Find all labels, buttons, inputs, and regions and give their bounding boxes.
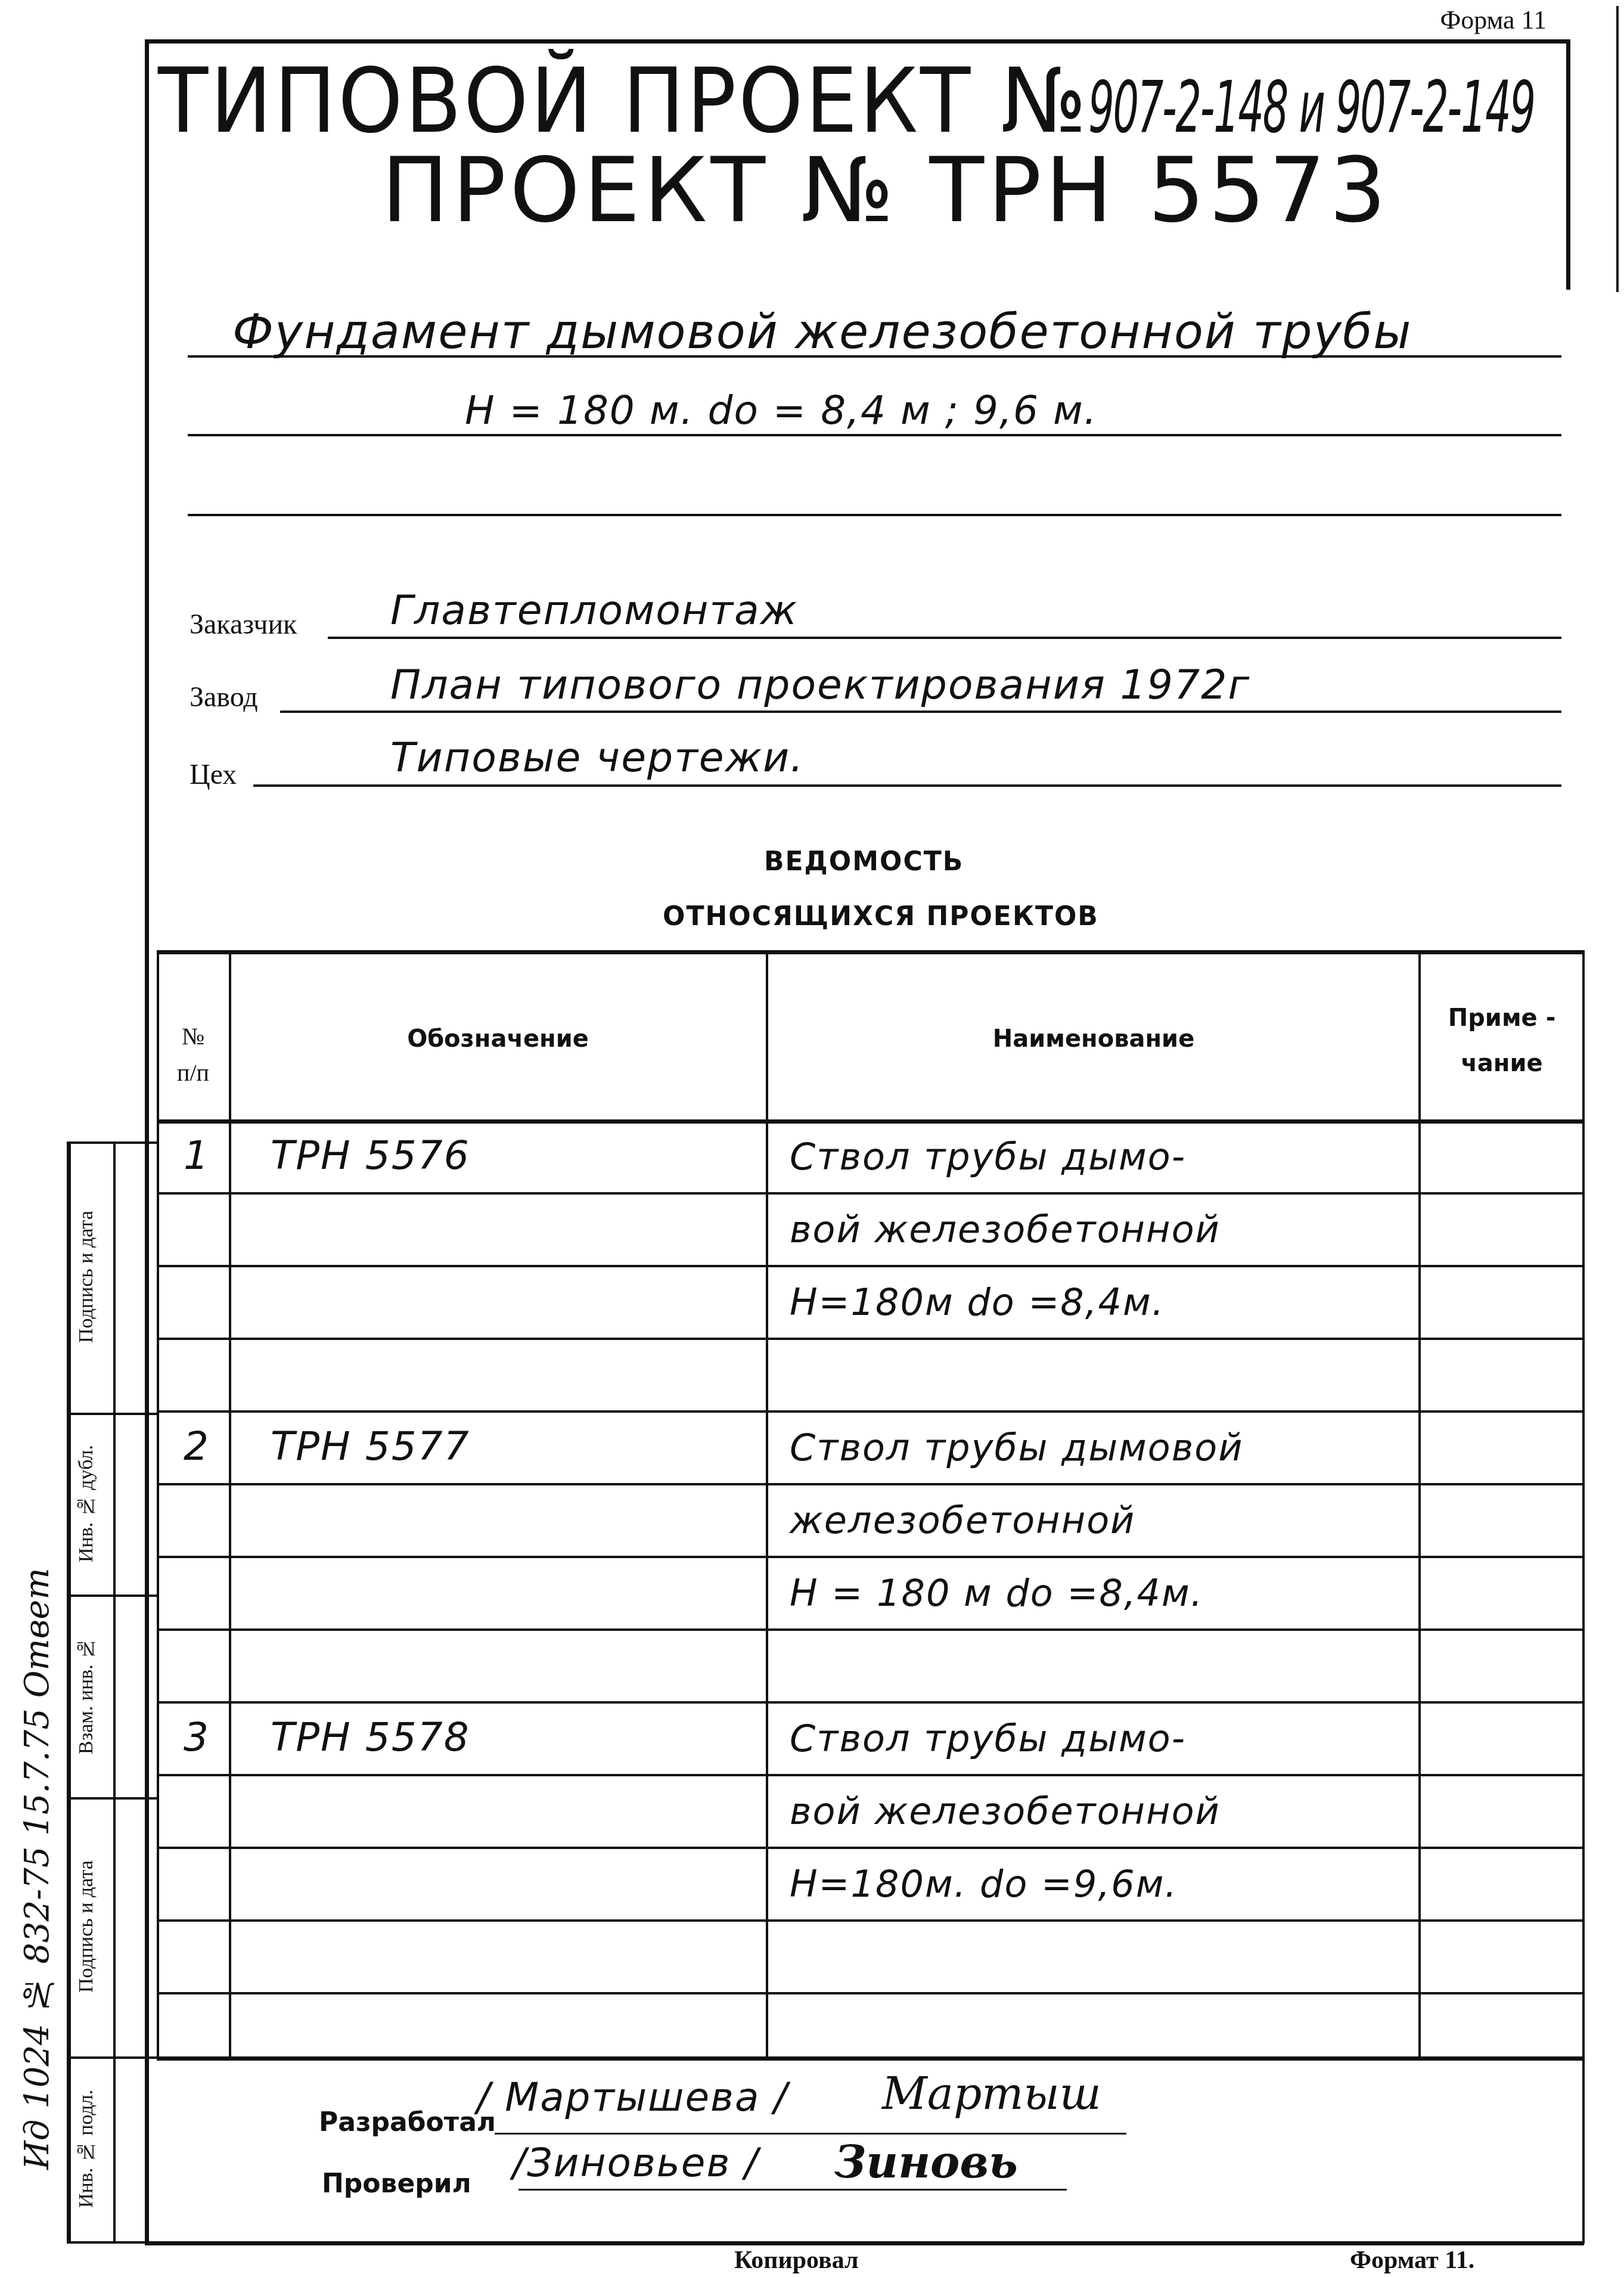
outer-right-edge: [1616, 6, 1619, 292]
row-designation: ТРН 5577: [271, 1423, 470, 1469]
header-note: Приме - чание: [1421, 1004, 1582, 1077]
title-project-numbers: 907-2-148 и 907-2-149: [1089, 72, 1535, 144]
stamp-row-line: [67, 2241, 157, 2244]
stamp-label: Подпись и дата: [75, 1146, 111, 1408]
stamp-left-border: [67, 1141, 71, 2241]
developed-by-name: / Мартышева /: [477, 2074, 788, 2120]
row-number: 2: [184, 1423, 210, 1469]
customer-label: Заказчик: [190, 608, 297, 641]
stamp-inner-border: [113, 1141, 116, 2241]
frame-top-border: [145, 39, 1569, 44]
row-name-line: Ствол трубы дымо-: [790, 1717, 1186, 1760]
table-top-border: [157, 950, 1582, 954]
row-number: 3: [184, 1714, 210, 1760]
stamp-row-line: [67, 2056, 157, 2059]
copied-by-label: Копировал: [734, 2246, 859, 2275]
table-row-line: [157, 1628, 1582, 1631]
row-name-line: вой железобетонной: [790, 1208, 1221, 1251]
table-row-line: [157, 1483, 1582, 1485]
table-caption-line2: ОТНОСЯЩИХСЯ ПРОЕКТОВ: [663, 901, 1099, 932]
row-name-line: вой железобетонной: [790, 1789, 1221, 1833]
header-name: Наименование: [769, 1025, 1418, 1053]
plant-label: Завод: [190, 681, 258, 713]
subject-line1: Фундамент дымовой железобетонной трубы: [232, 304, 1412, 359]
column-divider-name: [1418, 950, 1421, 2056]
table-row-line: [157, 1192, 1582, 1195]
project-title-line2: ПРОЕКТ № ТРН 5573: [381, 146, 1390, 235]
checked-by-label: Проверил: [322, 2169, 471, 2199]
table-row-line: [157, 1338, 1582, 1340]
row-designation: ТРН 5578: [271, 1714, 470, 1760]
stamp-row-line: [67, 1413, 157, 1415]
subject-underline-1: [188, 355, 1561, 358]
stamp-label: Подпись и дата: [75, 1802, 111, 2052]
header-num: № п/п: [158, 1022, 228, 1087]
row-designation: ТРН 5576: [271, 1133, 470, 1178]
stamp-label: Инв. № подл.: [75, 2061, 111, 2236]
checked-by-signature: Зиновь: [834, 2137, 1018, 2188]
row-name-line: железобетонной: [790, 1499, 1135, 1542]
plant-underline: [280, 711, 1561, 713]
table-row-line: [157, 1556, 1582, 1558]
subject-underline-3: [188, 514, 1561, 516]
table-header-bottom-border: [157, 1119, 1582, 1124]
developed-by-underline: [495, 2133, 1126, 2135]
row-name-line: H=180м. do =9,6м.: [790, 1862, 1178, 1906]
form-number-label: Форма 11: [1440, 5, 1547, 35]
table-left-border: [157, 950, 159, 2056]
header-designation: Обозначение: [231, 1025, 765, 1053]
stamp-row-line: [67, 1797, 157, 1800]
column-divider-num: [229, 950, 231, 2056]
table-row-line: [157, 1992, 1582, 1994]
margin-handwritten-note: Ид 1024 № 832-75 15.7.75 Ответ: [18, 1425, 57, 2170]
row-name-line: Ствол трубы дымо-: [790, 1135, 1186, 1178]
developed-by-label: Разработал: [319, 2107, 496, 2138]
row-name-line: H=180м do =8,4м.: [790, 1280, 1165, 1324]
checked-by-underline: [518, 2189, 1067, 2191]
stamp-label: Инв. № дубл.: [75, 1417, 111, 1590]
frame-right-border-lower: [1582, 950, 1585, 2244]
table-row-line: [157, 1774, 1582, 1776]
plant-value: План типового проектирования 1972г: [390, 662, 1250, 709]
table-row-line: [157, 1847, 1582, 1849]
row-name-line: H = 180 м do =8,4м.: [790, 1571, 1204, 1615]
subject-line2: H = 180 м. do = 8,4 м ; 9,6 м.: [465, 387, 1098, 433]
table-row-line: [157, 1701, 1582, 1704]
workshop-value: Типовые чертежи.: [390, 734, 805, 781]
subject-underline-2: [188, 434, 1561, 436]
format-label: Формат 11.: [1350, 2246, 1474, 2275]
stamp-row-line: [67, 1594, 157, 1597]
stamp-row-line: [67, 1141, 157, 1144]
row-name-line: Ствол трубы дымовой: [790, 1426, 1244, 1469]
workshop-underline: [253, 784, 1561, 787]
table-bottom-border: [157, 2056, 1582, 2061]
project-title-line1: ТИПОВОЙ ПРОЕКТ №907-2-148 и 907-2-149: [158, 57, 1624, 146]
workshop-label: Цех: [190, 758, 237, 791]
column-divider-designation: [766, 950, 768, 2056]
customer-value: Главтепломонтаж: [390, 587, 798, 634]
checked-by-name: /Зиновьев /: [513, 2140, 759, 2186]
title-prefix: ТИПОВОЙ ПРОЕКТ №: [158, 49, 1089, 153]
row-number: 1: [184, 1133, 210, 1178]
stamp-label: Взам. инв. №: [75, 1599, 111, 1792]
table-row-line: [157, 1265, 1582, 1267]
developed-by-signature: Мартыш: [882, 2068, 1101, 2120]
table-row-line: [157, 1919, 1582, 1922]
table-caption-line1: ВЕДОМОСТЬ: [764, 846, 964, 877]
table-row-line: [157, 1410, 1582, 1413]
customer-underline: [328, 637, 1561, 639]
frame-bottom-border: [145, 2241, 1584, 2245]
